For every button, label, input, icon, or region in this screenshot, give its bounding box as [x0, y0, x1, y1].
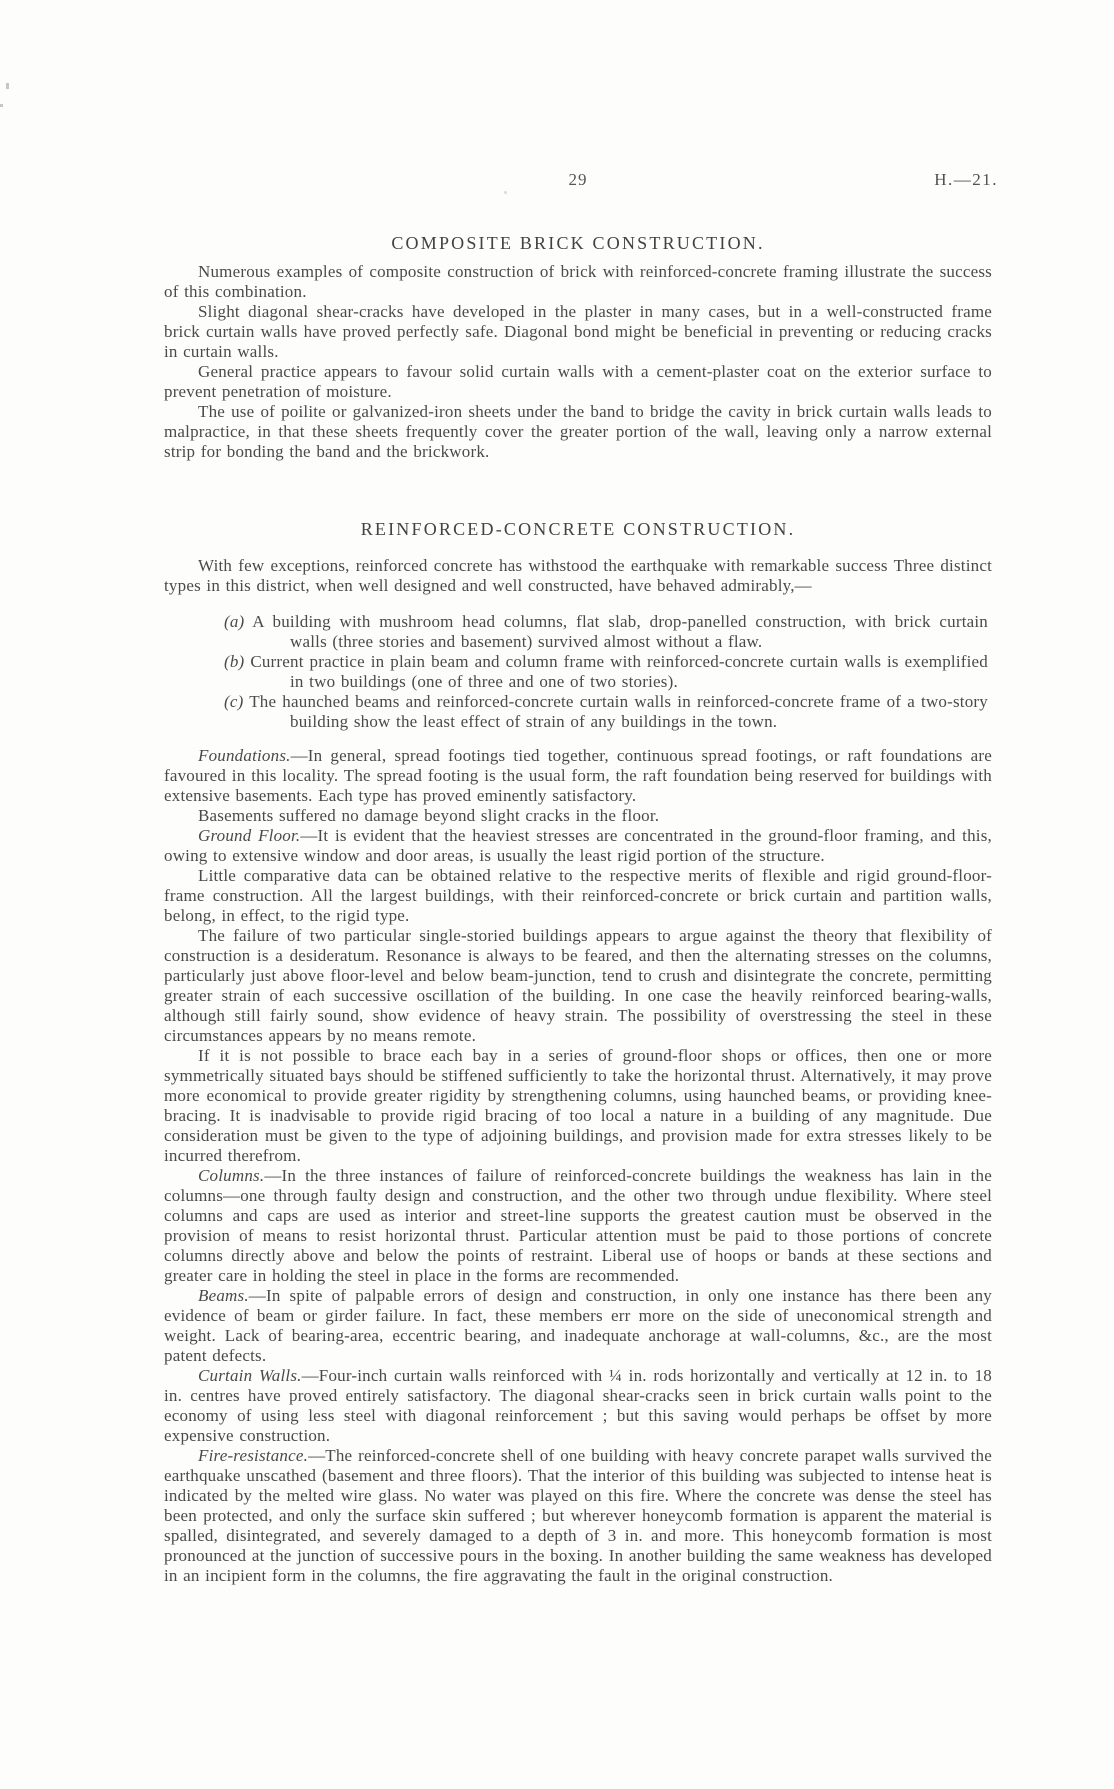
list-item-text: Current practice in plain beam and colum…	[250, 652, 988, 691]
paragraph-text: The failure of two particular single-sto…	[164, 926, 992, 1045]
paragraph-lead: Ground Floor.	[198, 826, 300, 845]
paragraph-columns: Columns.—In the three instances of failu…	[164, 1166, 992, 1286]
paragraph-lead: Columns.	[198, 1166, 264, 1185]
paragraph-foundations: Foundations.—In general, spread footings…	[164, 746, 992, 806]
paragraph: Numerous examples of composite construct…	[164, 262, 992, 302]
paragraph-text: —The reinforced-concrete shell of one bu…	[164, 1446, 992, 1585]
paragraph: Slight diagonal shear-cracks have develo…	[164, 302, 992, 362]
paragraph-lead: Beams.	[198, 1286, 249, 1305]
paragraph: Basements suffered no damage beyond slig…	[164, 806, 992, 826]
paragraph: Little comparative data can be obtained …	[164, 866, 992, 926]
list-item-label: (c)	[224, 692, 243, 711]
paragraph-text: Slight diagonal shear-cracks have develo…	[164, 302, 992, 361]
paragraph: The use of poilite or galvanized-iron sh…	[164, 402, 992, 462]
paragraph-text: The use of poilite or galvanized-iron sh…	[164, 402, 992, 461]
page-body: 29 H.—21. COMPOSITE BRICK CONSTRUCTION. …	[164, 0, 992, 1586]
scan-artifact	[6, 83, 9, 89]
list-item-text: The haunched beams and reinforced-concre…	[249, 692, 988, 731]
scanned-document-page: { "page": { "number": "29", "ref": "H.—2…	[0, 0, 1114, 1789]
paragraph: The failure of two particular single-sto…	[164, 926, 992, 1046]
building-type-list: (a) A building with mushroom head column…	[164, 612, 992, 732]
list-item-label: (a)	[224, 612, 244, 631]
paragraph-text: If it is not possible to brace each bay …	[164, 1046, 992, 1165]
paragraph-text: Little comparative data can be obtained …	[164, 866, 992, 925]
paragraph-text: With few exceptions, reinforced concrete…	[164, 556, 992, 595]
paragraph-text: —In spite of palpable errors of design a…	[164, 1286, 992, 1365]
paragraph-beams: Beams.—In spite of palpable errors of de…	[164, 1286, 992, 1366]
paragraph-ground-floor: Ground Floor.—It is evident that the hea…	[164, 826, 992, 866]
paragraph-lead: Curtain Walls.	[198, 1366, 302, 1385]
page-reference: H.—21.	[934, 170, 998, 190]
paragraph-text: General practice appears to favour solid…	[164, 362, 992, 401]
scan-artifact	[0, 104, 3, 107]
paragraph-text: Basements suffered no damage beyond slig…	[198, 806, 659, 825]
section-heading-reinforced-concrete: REINFORCED-CONCRETE CONSTRUCTION.	[164, 518, 992, 540]
list-item: (c) The haunched beams and reinforced-co…	[164, 692, 992, 732]
paragraph-curtain-walls: Curtain Walls.—Four-inch curtain walls r…	[164, 1366, 992, 1446]
page-number: 29	[164, 170, 992, 190]
paragraph-lead: Foundations.	[198, 746, 291, 765]
list-item: (a) A building with mushroom head column…	[164, 612, 992, 652]
paragraph-text: Numerous examples of composite construct…	[164, 262, 992, 301]
list-item: (b) Current practice in plain beam and c…	[164, 652, 992, 692]
paragraph-lead: Fire-resistance.	[198, 1446, 308, 1465]
paragraph-text: —In the three instances of failure of re…	[164, 1166, 992, 1285]
paragraph: With few exceptions, reinforced concrete…	[164, 556, 992, 596]
page-header: 29 H.—21.	[164, 170, 992, 192]
list-item-text: A building with mushroom head columns, f…	[252, 612, 988, 651]
paragraph-fire-resistance: Fire-resistance.—The reinforced-concrete…	[164, 1446, 992, 1586]
list-item-label: (b)	[224, 652, 244, 671]
paragraph: General practice appears to favour solid…	[164, 362, 992, 402]
section-heading-composite-brick: COMPOSITE BRICK CONSTRUCTION.	[164, 232, 992, 254]
paragraph: If it is not possible to brace each bay …	[164, 1046, 992, 1166]
